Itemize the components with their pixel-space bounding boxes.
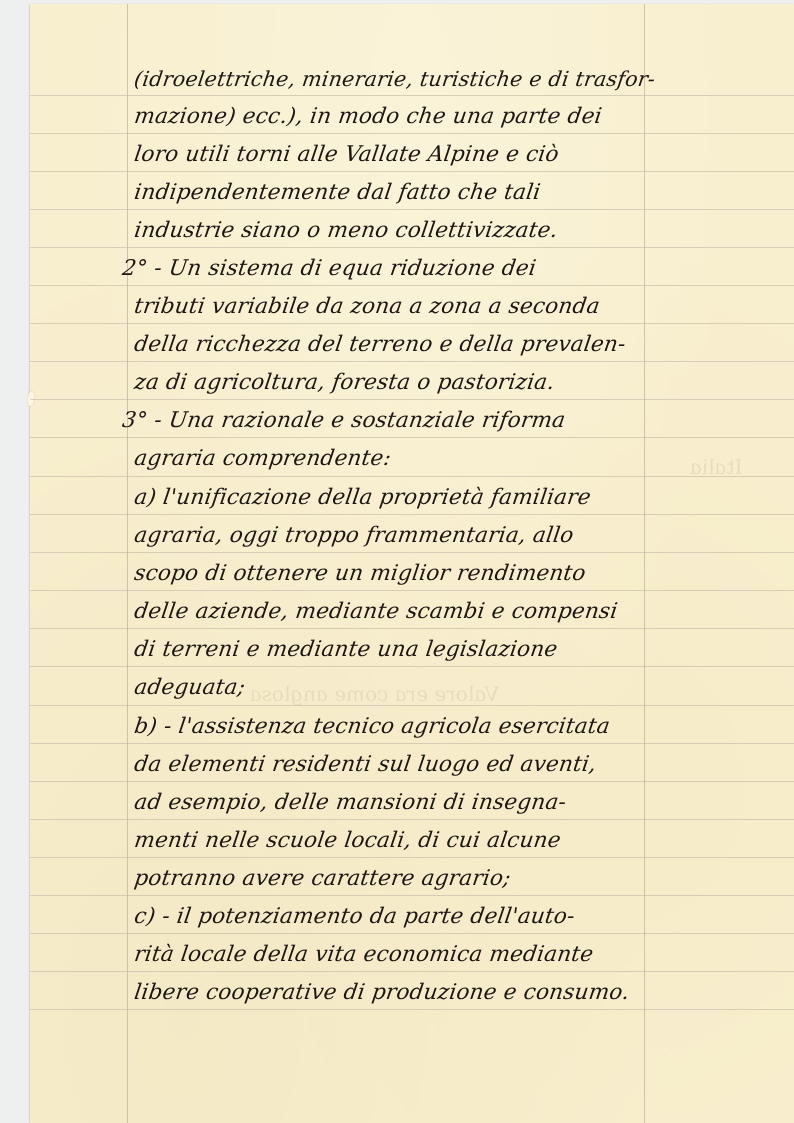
handwritten-line: indipendentemente dal fatto che tali — [132, 176, 667, 210]
handwritten-line: della ricchezza del terreno e della prev… — [132, 328, 667, 362]
sub-point-b: b) - l'assistenza tecnico agricola eserc… — [132, 710, 667, 744]
handwritten-line: scopo di ottenere un miglior rendimento — [132, 557, 667, 591]
numbered-point-2: 2° - Un sistema di equa riduzione dei — [120, 252, 655, 286]
handwritten-line: adeguata; — [132, 671, 667, 705]
handwritten-line: da elementi residenti sul luogo ed avent… — [132, 748, 667, 782]
handwritten-line: ad esempio, delle mansioni di insegna- — [132, 786, 667, 820]
sub-point-a: a) l'unificazione della proprietà famili… — [132, 481, 667, 515]
handwritten-line: agraria comprendente: — [132, 442, 667, 476]
sub-point-c: c) - il potenziamento da parte dell'auto… — [132, 900, 667, 934]
handwritten-line: potranno avere carattere agrario; — [132, 862, 667, 896]
bleed-through-text: Italia — [688, 455, 745, 479]
handwritten-line: rità locale della vita economica mediant… — [132, 938, 667, 972]
handwritten-line: libere cooperative di produzione e consu… — [132, 976, 667, 1010]
numbered-point-3: 3° - Una razionale e sostanziale riforma — [120, 404, 655, 438]
handwritten-line: mazione) ecc.), in modo che una parte de… — [132, 100, 667, 134]
handwritten-line: loro utili torni alle Vallate Alpine e c… — [132, 138, 667, 172]
handwritten-line: delle aziende, mediante scambi e compens… — [132, 595, 667, 629]
handwritten-line: agraria, oggi troppo frammentaria, allo — [132, 519, 667, 553]
handwritten-line: industrie siano o meno collettivizzate. — [132, 214, 667, 248]
ruling-line — [30, 476, 794, 477]
handwritten-line: za di agricoltura, foresta o pastorizia. — [132, 366, 667, 400]
handwritten-line: tributi variabile da zona a zona a secon… — [132, 290, 667, 324]
handwritten-line: (idroelettriche, minerarie, turistiche e… — [132, 62, 667, 96]
handwritten-line: di terreni e mediante una legislazione — [132, 633, 667, 667]
handwritten-line: menti nelle scuole locali, di cui alcune — [132, 824, 667, 858]
